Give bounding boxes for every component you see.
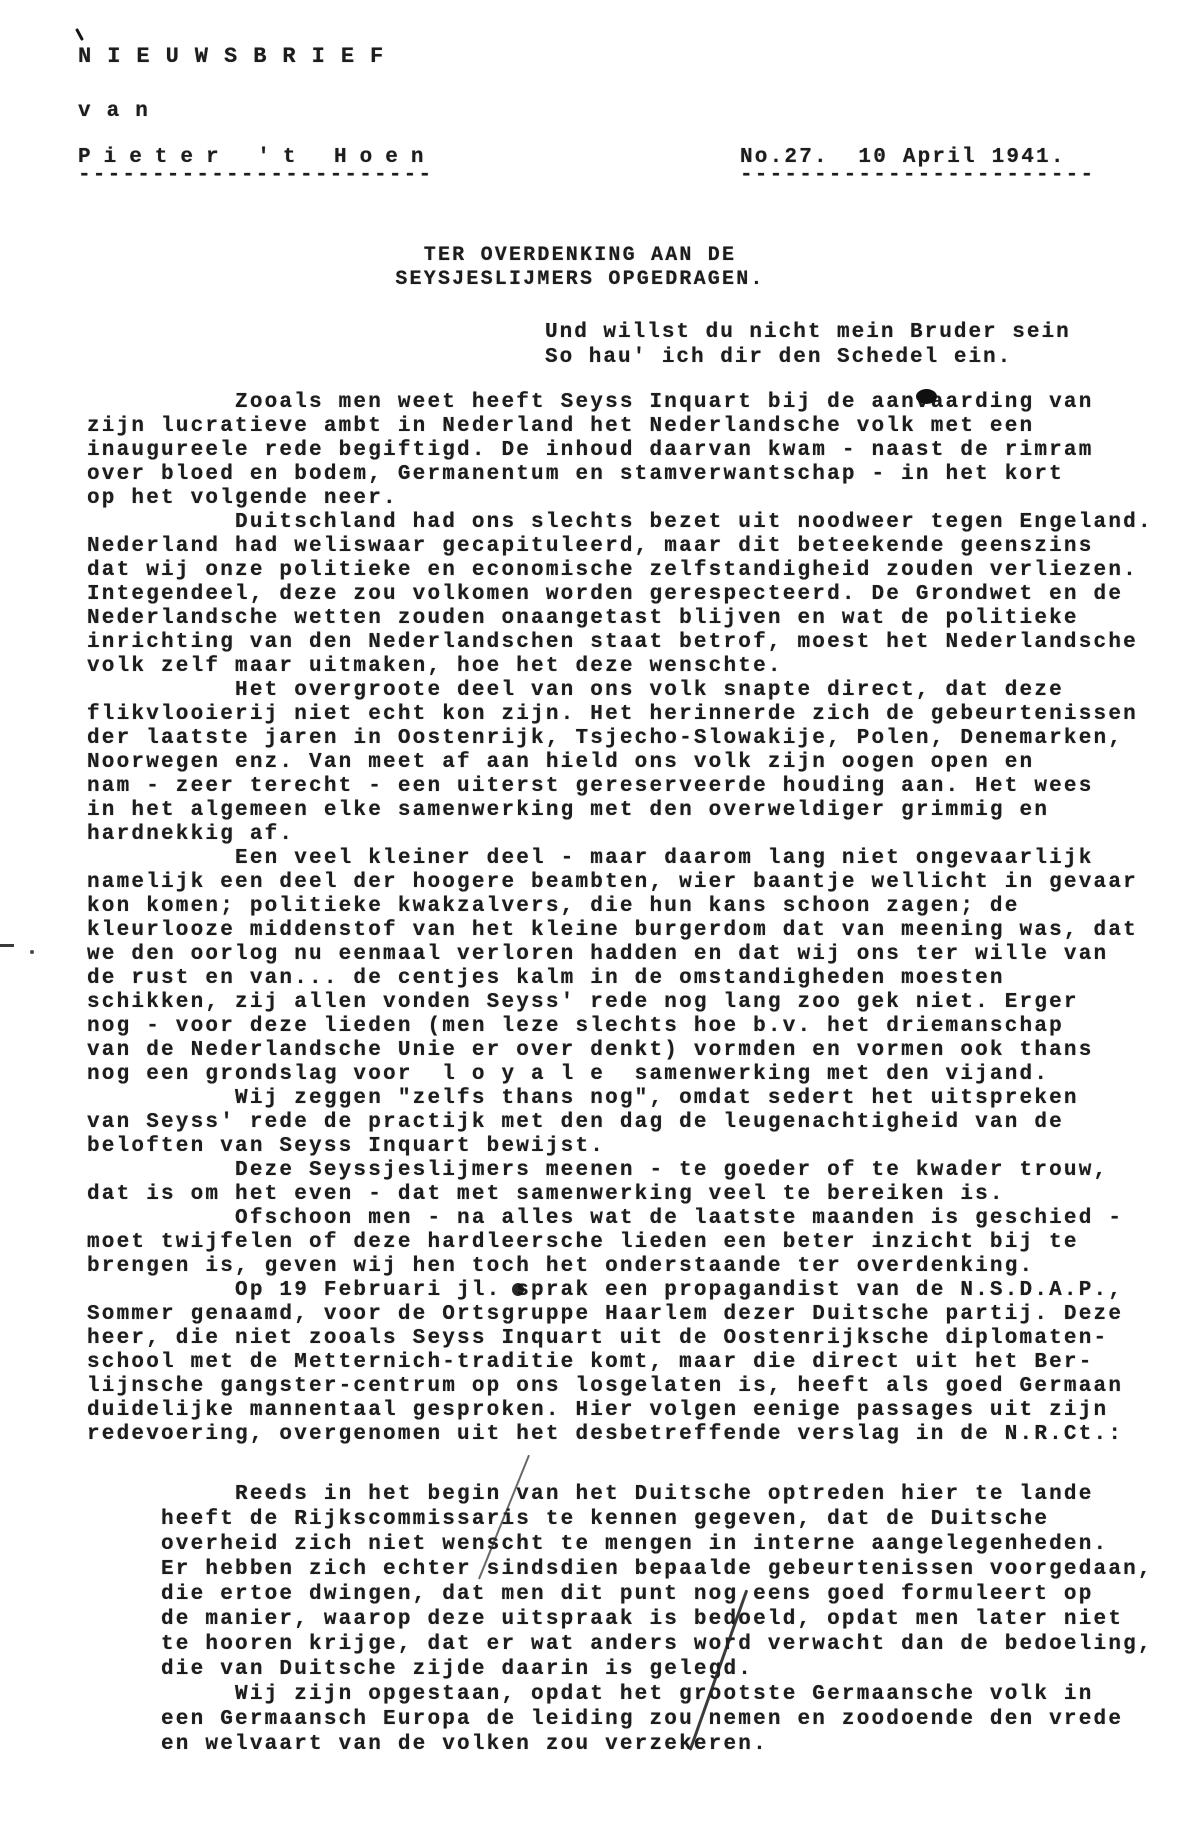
ink-blot [916, 389, 937, 404]
author-underline-rule: ------------------------ [78, 164, 433, 187]
article-body-text: Zooals men weet heeft Seyss Inquart bij … [87, 391, 1153, 1447]
issue-underline-rule: ------------------------ [740, 164, 1095, 187]
scanned-newsletter-page: NIEUWSBRIEF van Pieter 't Hoen ---------… [0, 0, 1200, 1821]
ink-blot [512, 1283, 524, 1296]
speech-quote-block: Reeds in het begin van het Duitsche optr… [87, 1482, 1153, 1757]
german-epigraph: Und willst du nicht mein Bruder sein So … [545, 320, 1071, 370]
margin-stray-dash [0, 944, 14, 947]
margin-stray-dot [30, 950, 34, 954]
newsletter-title: NIEUWSBRIEF [78, 44, 399, 69]
masthead-from-label: van [78, 100, 164, 123]
dedication-heading: TER OVERDENKING AAN DE SEYSJESLIJMERS OP… [330, 244, 830, 292]
stray-ink-mark [75, 28, 84, 41]
